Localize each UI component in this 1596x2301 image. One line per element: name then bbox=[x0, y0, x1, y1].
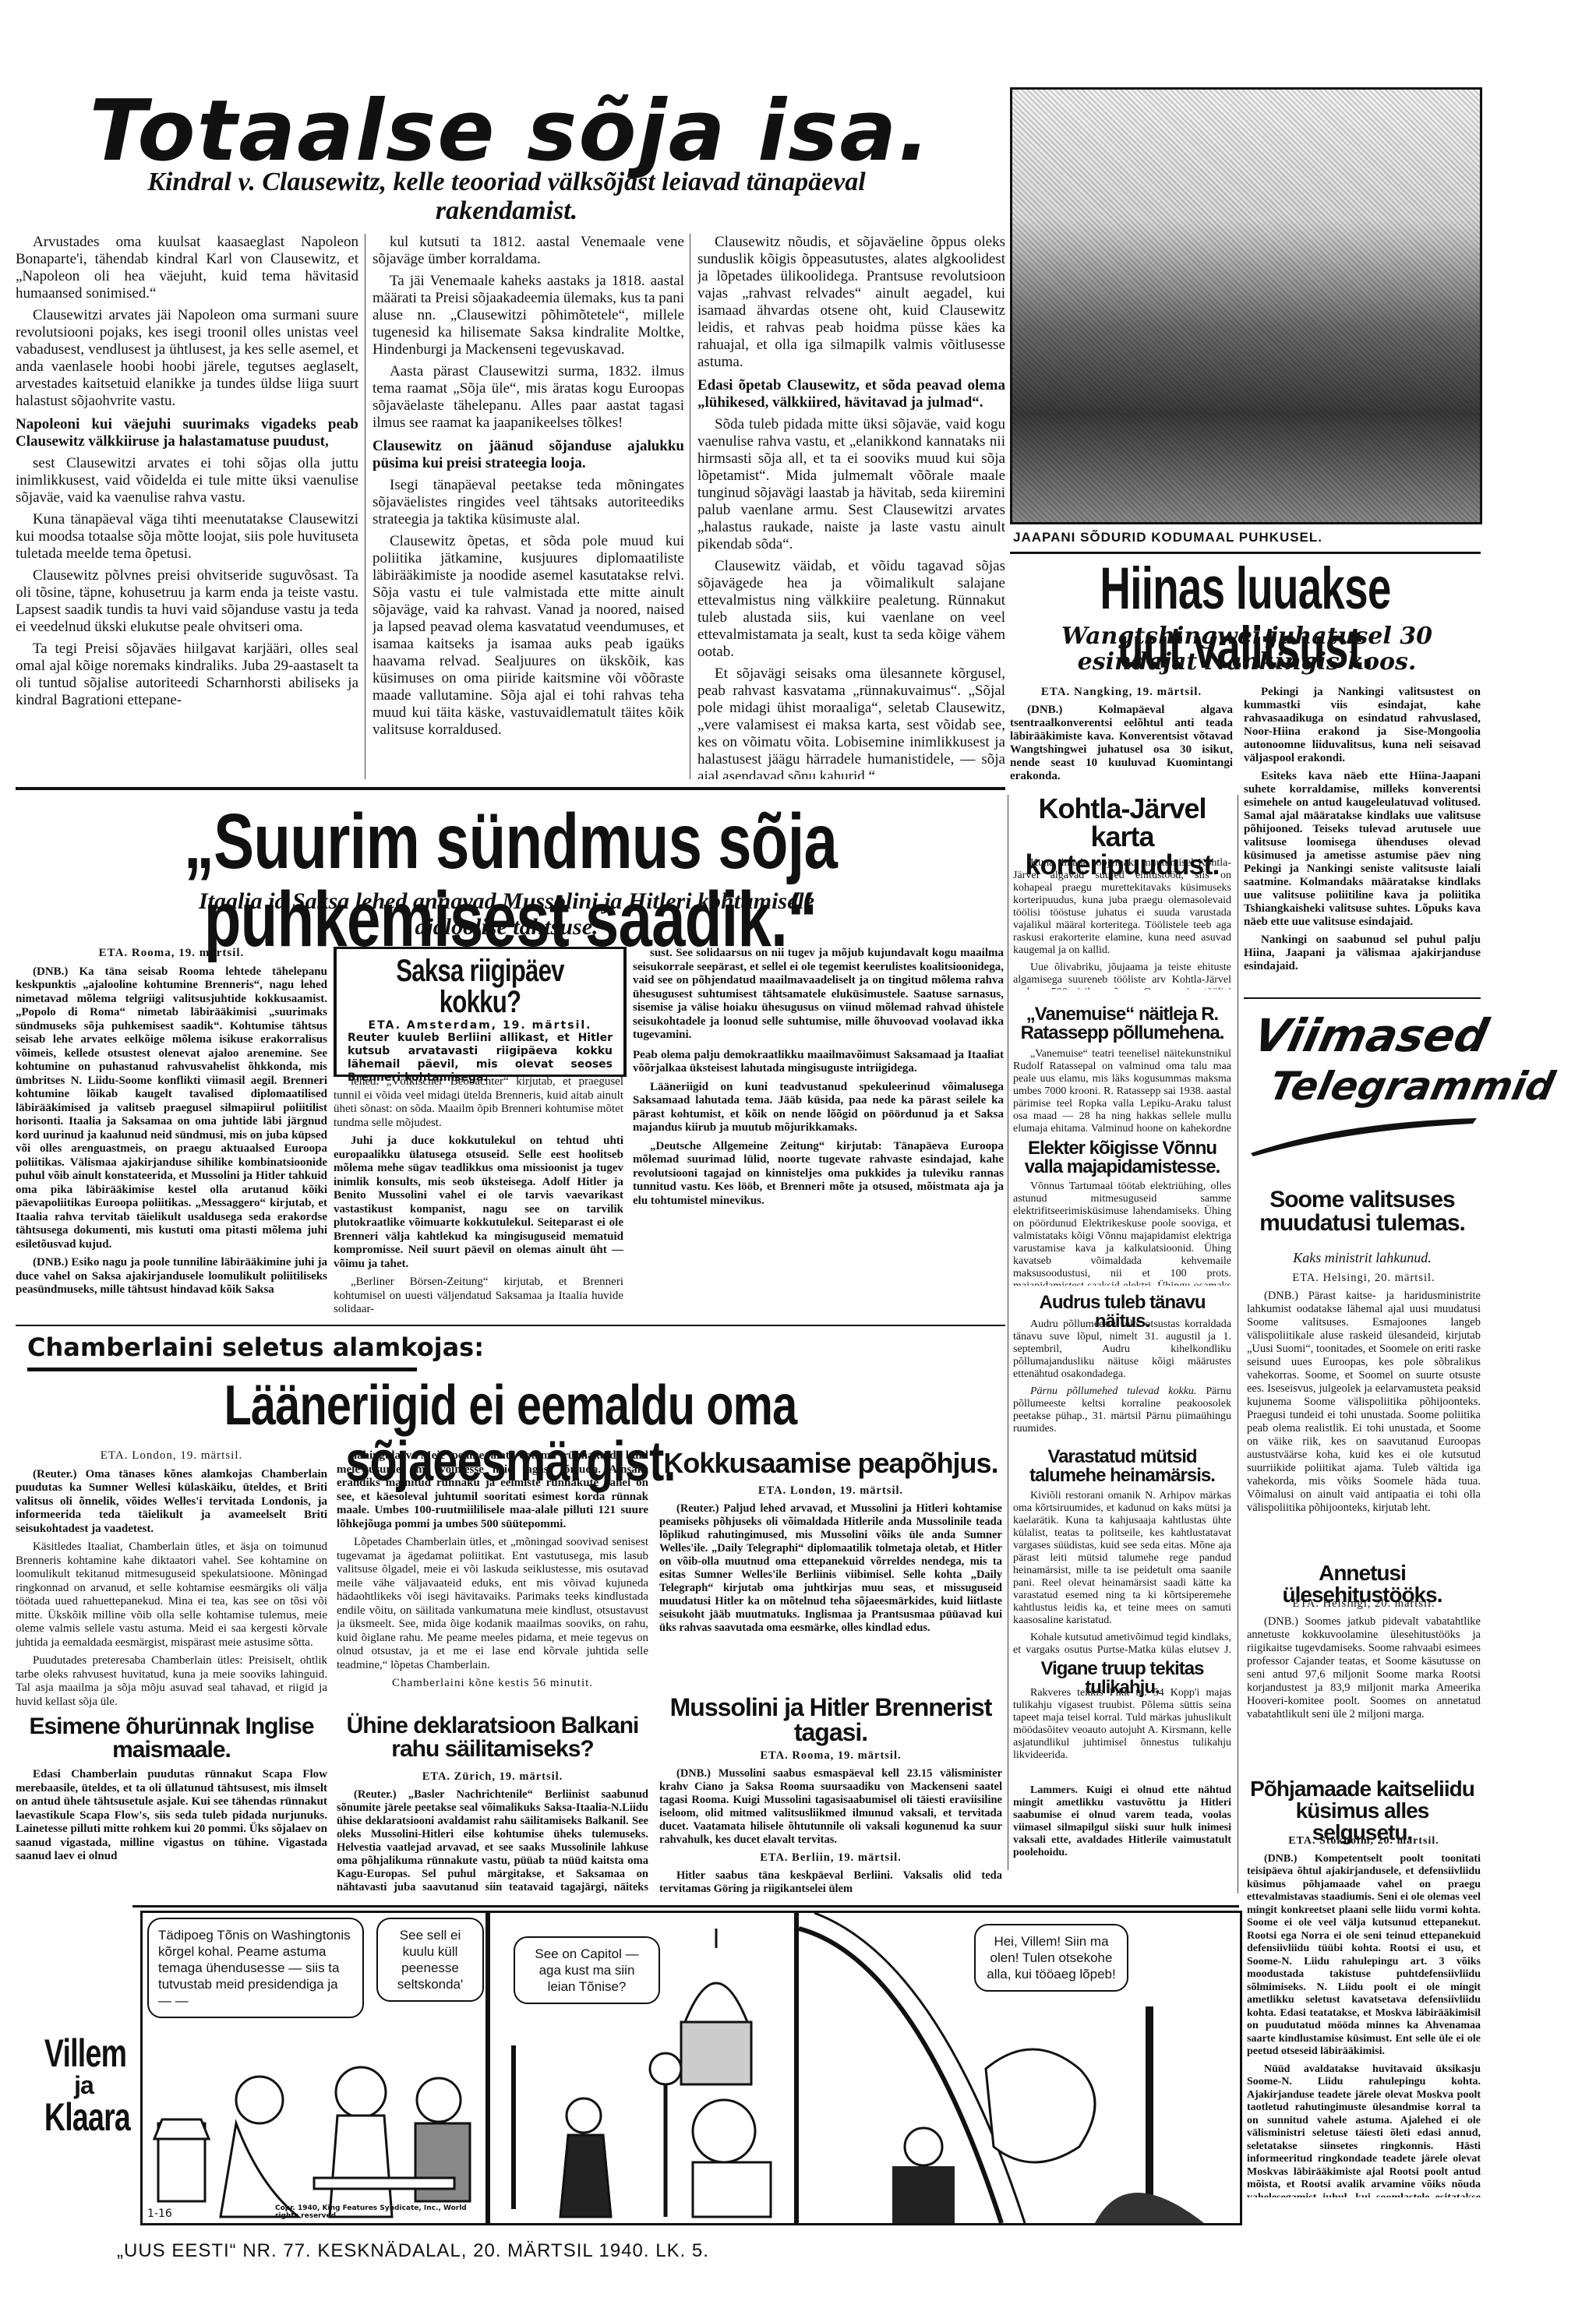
clausewitz-column-2: kul kutsuti ta 1812. aastal Venemaale ve… bbox=[373, 234, 684, 779]
paragraph: Clausewitzi arvates jäi Napoleon oma sur… bbox=[16, 307, 358, 410]
page-footer: „UUS EESTI“ NR. 77. KESKNÄDALAL, 20. MÄR… bbox=[117, 2240, 709, 2262]
copyright-notice: Copr. 1940, King Features Syndicate, Inc… bbox=[275, 2204, 486, 2220]
soome-body: ETA. Helsingi, 20. märtsil. (DNB.) Päras… bbox=[1247, 1272, 1481, 1560]
paragraph: Kuna tänapäeval väga tihti meenutatakse … bbox=[16, 511, 358, 563]
paragraph: „Deutsche Allgemeine Zeitung“ kirjutab: … bbox=[633, 1140, 1004, 1209]
dateline: ETA. Rooma, 19. märtsil. bbox=[659, 1749, 1002, 1763]
paragraph: „Berliner Börsen-Zeitung“ kirjutab, et B… bbox=[334, 1276, 623, 1317]
subheading: Clausewitz on jäänud sõjanduse ajalukku … bbox=[373, 438, 684, 472]
comic-panel-2: See on Capitol — aga kust ma siin leian … bbox=[488, 1911, 796, 2225]
chamberlain-column-1: ETA. London, 19. märtsil. (Reuter.) Oma … bbox=[16, 1449, 327, 1901]
paragraph: (DNB.) Kompetentselt poolt toonitati tei… bbox=[1247, 1853, 1481, 2059]
comic-characters-illustration bbox=[143, 2030, 486, 2223]
paragraph: Lammers. Kuigi ei olnud ette nähtud ming… bbox=[1013, 1784, 1231, 1859]
column-divider bbox=[365, 234, 365, 779]
paragraph: Juhi ja duce kokkutulekul on tehtud uhti… bbox=[334, 1135, 623, 1271]
comic-title-line2: ja bbox=[31, 2073, 136, 2098]
brenner-column-1: ETA. Rooma, 19. märtsil. (DNB.) Ka täna … bbox=[16, 947, 327, 1321]
returned-body: ETA. Rooma, 19. märtsil. (DNB.) Mussolin… bbox=[659, 1749, 1002, 1897]
pohjamaade-body: ETA. Stokholm, 20. märtsil. (DNB.) Kompe… bbox=[1247, 1835, 1481, 2197]
paragraph: Kuna ilmade soojemaks muutumisel Kohtla-… bbox=[1013, 857, 1231, 957]
boxed-saksa-riigipaev: Saksa riigipäev kokku? ETA. Amsterdam, 1… bbox=[334, 947, 627, 1077]
telegrams-banner-line2: Telegrammid bbox=[1266, 1064, 1559, 1109]
paragraph: Aasta pärast Clausewitzi surma, 1832. il… bbox=[373, 363, 684, 432]
chamberlain-kicker: Chamberlaini seletus alamkojas: bbox=[27, 1332, 484, 1362]
brush-stroke-icon bbox=[1247, 1114, 1481, 1157]
paragraph: Ta jäi Venemaale kaheks aastaks ja 1818.… bbox=[373, 273, 684, 358]
divider bbox=[1244, 997, 1481, 999]
paragraph: (DNB.) Pärast kaitse- ja haridusministri… bbox=[1247, 1290, 1481, 1515]
comic-title: Villem ja Klaara bbox=[31, 2034, 136, 2137]
kohtla-body: Kuna ilmade soojemaks muutumisel Kohtla-… bbox=[1013, 857, 1231, 990]
dateline: ETA. Berliin, 19. märtsil. bbox=[659, 1851, 1002, 1865]
paragraph: Audru põllumeeste selts otsustas korrald… bbox=[1013, 1318, 1231, 1381]
paragraph: sust. See solidaarsus on nii tugev ja mõ… bbox=[633, 947, 1004, 1043]
boxed-dateline: ETA. Amsterdam, 19. märtsil. bbox=[348, 1019, 613, 1032]
soome-deck: Kaks ministrit lahkunud. bbox=[1244, 1251, 1481, 1266]
clausewitz-headline: Totaalse sõja isa. bbox=[47, 90, 974, 174]
paragraph: Clausewitz õpetas, et sõda pole muud kui… bbox=[373, 533, 684, 739]
dateline: ETA. Rooma, 19. märtsil. bbox=[16, 947, 327, 961]
brenner-deck: Itaalia ja Saksa lehed annavad Mussolini… bbox=[156, 888, 857, 940]
paragraph: Hitler saabus täna keskpäeval Berliini. … bbox=[659, 1869, 1002, 1896]
kicker-underline bbox=[27, 1368, 417, 1371]
esimene-headline: Esimene õhurünnak Inglise maismaale. bbox=[16, 1715, 327, 1762]
clausewitz-deck: Kindral v. Clausewitz, kelle teooriad vä… bbox=[94, 168, 920, 226]
paragraph: Sõda tuleb pidada mitte üksi sõjaväe, va… bbox=[697, 416, 1005, 553]
paragraph: Chamberlaini kõne kestis 56 minutit. bbox=[337, 1677, 648, 1691]
paragraph: (DNB.) Mussolini saabus esmaspäeval kell… bbox=[659, 1767, 1002, 1847]
panel-number: 1-16 bbox=[147, 2207, 172, 2220]
china-column-2: Pekingi ja Nankingi valitsustest on kumm… bbox=[1244, 686, 1481, 982]
vigane-body: Rakveres tekkis Pikk tn. 54 Kopp'i majas… bbox=[1013, 1687, 1231, 1765]
kokkusaamine-headline: Kokkusaamise peapõhjus. bbox=[659, 1449, 1002, 1477]
chamberlain-column-2: lahingulaev. Meie peame alati ootama rün… bbox=[337, 1449, 648, 1706]
soome-headline: Soome valitsuses muudatusi tulemas. bbox=[1244, 1188, 1481, 1235]
dateline: ETA. Stokholm, 20. märtsil. bbox=[1247, 1835, 1481, 1848]
elekter-body: Võnnus Tartumaal töötab elektriühing, ol… bbox=[1013, 1180, 1231, 1286]
subheading: Peab olema palju demokraatlikku maailmav… bbox=[633, 1049, 1004, 1076]
divider bbox=[132, 1905, 1239, 1908]
paragraph: Edasi Chamberlain puudutas rünnakut Scap… bbox=[16, 1768, 327, 1864]
column-divider bbox=[1008, 795, 1008, 1870]
paragraph: Clausewitz põlvnes preisi ohvitseride su… bbox=[16, 567, 358, 636]
dateline: ETA. Helsingi, 20. märtsil. bbox=[1247, 1597, 1481, 1611]
comic-title-line1: Villem bbox=[44, 2034, 123, 2073]
clausewitz-column-3: Clausewitz nõudis, et sõjaväeline õppus … bbox=[697, 234, 1005, 779]
brenner-column-2: lehed. „Völkischer Beobachter“ kirjutab,… bbox=[334, 1075, 623, 1325]
paragraph: Nüüd avaldatakse huvitavaid üksikasju So… bbox=[1247, 2063, 1481, 2198]
paragraph: Kiviõli restorani omanik N. Arhipov märk… bbox=[1013, 1490, 1231, 1627]
subheading: Edasi õpetab Clausewitz, et sõda peavad … bbox=[697, 377, 1005, 411]
vanemuine-body: „Vanemuise“ teatri teenelisel näitekunst… bbox=[1013, 1048, 1231, 1135]
divider bbox=[16, 1325, 1005, 1326]
paragraph: Nankingi on saabunud sel puhul palju Hii… bbox=[1244, 933, 1481, 973]
speech-bubble: Hei, Villem! Siin ma olen! Tulen otsekoh… bbox=[974, 1924, 1128, 1992]
paragraph: sest Clausewitzi arvates ei tohi sõjas o… bbox=[16, 455, 358, 506]
paragraph: Arvustades oma kuulsat kaasaeglast Napol… bbox=[16, 234, 358, 302]
capitol-building-illustration bbox=[490, 1913, 794, 2223]
paragraph: kul kutsuti ta 1812. aastal Venemaale ve… bbox=[373, 234, 684, 268]
paragraph: (DNB.) Ka täna seisab Rooma lehtede tähe… bbox=[16, 965, 327, 1252]
comic-panel-1: Tädipoeg Tõnis on Washingtonis kõrgel ko… bbox=[140, 1911, 488, 2225]
lammers-body: Lammers. Kuigi ei olnud ette nähtud ming… bbox=[1013, 1784, 1231, 1870]
speech-bubble: See sell ei kuulu küll peenesse seltskon… bbox=[376, 1918, 484, 2002]
brenner-column-3: sust. See solidaarsus on nii tugev ja mõ… bbox=[633, 947, 1004, 1325]
paragraph: Võnnus Tartumaal töötab elektriühing, ol… bbox=[1013, 1180, 1231, 1286]
paragraph: (Reuter.) „Basler Nachrichtenile“ Berlii… bbox=[337, 1788, 648, 1895]
kokkusaamine-body: ETA. London, 19. märtsil. (Reuter.) Palj… bbox=[659, 1484, 1002, 1691]
paragraph: Pekingi ja Nankingi valitsustest on kumm… bbox=[1244, 686, 1481, 765]
paragraph: Rakveres tekkis Pikk tn. 54 Kopp'i majas… bbox=[1013, 1687, 1231, 1762]
divider bbox=[16, 787, 1005, 790]
paragraph: Lõpetades Chamberlain ütles, et „mõninga… bbox=[337, 1536, 648, 1672]
varastatud-body: Kiviõli restorani omanik N. Arhipov märk… bbox=[1013, 1490, 1231, 1657]
returned-headline: Mussolini ja Hitler Brennerist tagasi. bbox=[659, 1695, 1002, 1745]
photo-caption: JAAPANI SÕDURID KODUMAAL PUHKUSEL. bbox=[1013, 530, 1322, 545]
paragraph: lahingulaev. Meie peame alati ootama rün… bbox=[337, 1449, 648, 1531]
column-divider bbox=[690, 234, 690, 779]
paragraph: Kohale kutsutud ametivõimud tegid kindla… bbox=[1013, 1632, 1231, 1657]
clausewitz-column-1: Arvustades oma kuulsat kaasaeglast Napol… bbox=[16, 234, 358, 779]
paragraph: Esiteks kava näeb ette Hiina-Jaapani suh… bbox=[1244, 770, 1481, 929]
elekter-headline: Elekter kõigisse Võnnu valla majapidamis… bbox=[1013, 1139, 1231, 1177]
divider bbox=[1010, 552, 1481, 554]
dateline: ETA. Nangking, 19. märtsil. bbox=[1010, 686, 1233, 699]
varastatud-headline: Varastatud mütsid talumehe heinamärsis. bbox=[1013, 1448, 1231, 1485]
column-divider bbox=[1238, 795, 1238, 1893]
dateline: ETA. Zürich, 19. märtsil. bbox=[337, 1770, 648, 1784]
paragraph: lehed. „Völkischer Beobachter“ kirjutab,… bbox=[334, 1075, 623, 1130]
china-deck: Wangtshingwei juhatusel 30 esindajat Nan… bbox=[1021, 623, 1473, 675]
paragraph: Uue õlivabriku, jõujaama ja teiste ehitu… bbox=[1013, 962, 1231, 990]
comic-panel-3: Hei, Villem! Siin ma olen! Tulen otsekoh… bbox=[796, 1911, 1242, 2225]
photo-japanese-soldiers bbox=[1010, 87, 1482, 524]
speech-bubble: Tädipoeg Tõnis on Washingtonis kõrgel ko… bbox=[147, 1918, 364, 2018]
paragraph: (DNB.) Kolmapäeval algava tsentraalkonve… bbox=[1010, 704, 1233, 783]
telegrams-banner-line1: Viimased bbox=[1249, 1009, 1493, 1062]
paragraph: „Vanemuise“ teatri teenelisel näitekunst… bbox=[1013, 1048, 1231, 1135]
paragraph: (Reuter.) Oma tänases kõnes alamkojas Ch… bbox=[16, 1468, 327, 1537]
paragraph: Isegi tänapäeval peetakse teda mõningate… bbox=[373, 477, 684, 528]
pohjamaade-headline: Põhjamaade kaitseliidu küsimus alles sel… bbox=[1244, 1778, 1481, 1844]
paragraph: Clausewitz nõudis, et sõjaväeline õppus … bbox=[697, 234, 1005, 371]
subheading: Napoleoni kui väejuhi suurimaks vigadeks… bbox=[16, 416, 358, 450]
dateline: ETA. London, 19. märtsil. bbox=[659, 1484, 1002, 1498]
audrus-body: Audru põllumeeste selts otsustas korrald… bbox=[1013, 1318, 1231, 1439]
boxed-headline: Saksa riigipäev kokku? bbox=[376, 955, 583, 1018]
telegrams-banner: Viimased Telegrammid bbox=[1247, 1009, 1481, 1157]
paragraph: Clausewitz väidab, et võidu tagavad sõja… bbox=[697, 558, 1005, 661]
paragraph: Ta tegi Preisi sõjaväes hiilgavat karjää… bbox=[16, 641, 358, 709]
paragraph: (DNB.) Soomes jatkub pidevalt vabatahtli… bbox=[1247, 1615, 1481, 1721]
balkan-headline: Ühine deklaratsioon Balkani rahu säilita… bbox=[337, 1714, 648, 1761]
balkan-body: ETA. Zürich, 19. märtsil. (Reuter.) „Bas… bbox=[337, 1770, 648, 1895]
paragraph: Pärnu põllumehed tulevad kokku. Pärnu põ… bbox=[1013, 1385, 1231, 1435]
comic-title-line3: Klaara bbox=[44, 2098, 123, 2137]
paragraph: (Reuter.) Paljud lehed arvavad, et Musso… bbox=[659, 1502, 1002, 1635]
annetusi-body: ETA. Helsingi, 20. märtsil. (DNB.) Soome… bbox=[1247, 1597, 1481, 1773]
italic-lead: Pärnu põllumehed tulevad kokku. bbox=[1030, 1385, 1196, 1397]
paragraph: Puudutades preteresaba Chamberlain ütles… bbox=[16, 1654, 327, 1709]
dateline: ETA. Helsingi, 20. märtsil. bbox=[1247, 1272, 1481, 1285]
vanemuine-headline: „Vanemuise“ näitleja R. Ratassepp põllum… bbox=[1013, 1005, 1231, 1043]
paragraph: Lääneriigid on kuni teadvustanud spekule… bbox=[633, 1081, 1004, 1135]
paragraph: Et sõjavägi seisaks oma ülesannete kõrgu… bbox=[697, 665, 1005, 779]
dateline: ETA. London, 19. märtsil. bbox=[16, 1449, 327, 1463]
paragraph: Käsitledes Itaaliat, Chamberlain ütles, … bbox=[16, 1540, 327, 1650]
china-column-1: ETA. Nangking, 19. märtsil. (DNB.) Kolma… bbox=[1010, 686, 1233, 787]
paragraph: (DNB.) Esiko nagu ja poole tunniline läb… bbox=[16, 1256, 327, 1297]
